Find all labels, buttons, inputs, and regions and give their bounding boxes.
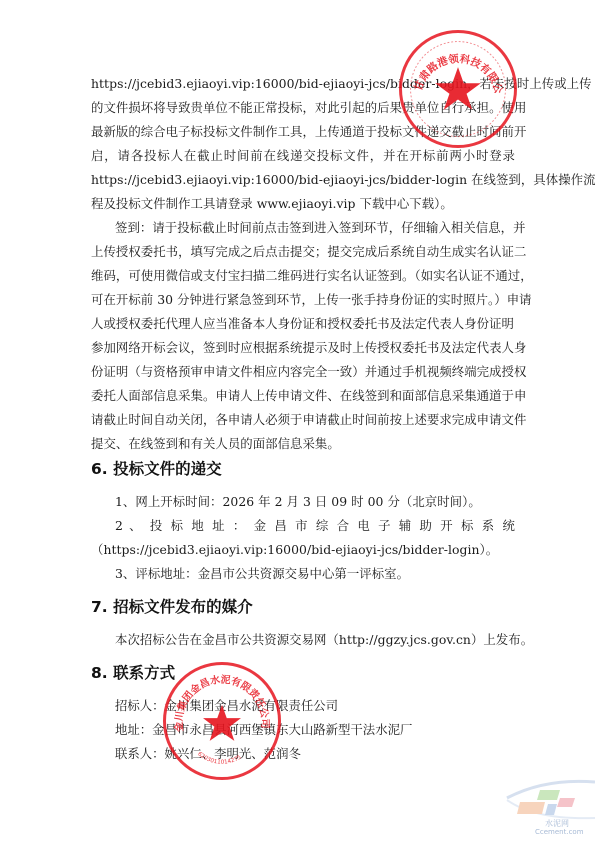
signin-paragraph-line: 提交、在线签到和有关人员的面部信息采集。 [91,436,515,452]
list-item: 1、网上开标时间：2026 年 2 月 3 日 09 时 00 分（北京时间）。 [115,494,515,510]
signin-paragraph-line: 可在开标前 30 分钟进行紧急签到环节，上传一张手持身份证的实时照片。）申请 [91,292,515,308]
signin-paragraph-line: 份证明（与资格预审申请文件相应内容完全一致）并通过手机视频终端完成授权 [91,364,515,380]
contacts-line: 联系人：姚兴仁、李明光、范润冬 [115,746,301,762]
paragraph-line: https://jcebid3.ejiaoyi.vip:16000/bid-ej… [91,172,515,188]
list-item: 2 、 投 标 地 址 ： 金 昌 市 综 合 电 子 辅 助 开 标 系 统 [115,518,515,534]
paragraph-line: 程及投标文件制作工具请登录 www.ejiaoyi.vip 下载中心下载）。 [91,196,515,212]
signin-paragraph-line: 签到：请于投标截止时间前点击签到进入签到环节，仔细输入相关信息，并 [115,220,515,236]
signin-paragraph-line: 人或授权委托代理人应当准备本人身份证和授权委托书及法定代表人身份证明 [91,316,515,332]
signin-paragraph-line: 委托人面部信息采集。申请人上传申请文件、在线签到和面部信息采集通道于申 [91,388,515,404]
document-page: https://jcebid3.ejiaoyi.vip:16000/bid-ej… [0,0,595,841]
watermark-en: Ccement.com [535,828,584,836]
paragraph-line: 最新版的综合电子标投标文件制作工具，上传通道于投标文件递交截止时间前开 [91,124,515,140]
list-item: 3、评标地址：金昌市公共资源交易中心第一评标室。 [115,566,515,582]
ccement-watermark: 水泥网 Ccement.com [505,770,595,841]
signin-paragraph-line: 上传授权委托书，填写完成之后点击提交；提交完成后系统自动生成实名认证二 [91,244,515,260]
company-seal-bottom: 金川集团金昌水泥有限责任公司 6203011014275 [163,662,281,780]
section-heading-8: 8. 联系方式 [91,663,175,683]
list-item-continuation: （https://jcebid3.ejiaoyi.vip:16000/bid-e… [91,542,515,558]
address-line: 地址：金昌市永昌县河西堡镇东大山路新型干法水泥厂 [115,722,412,738]
paragraph-line: 的文件损坏将导致贵单位不能正常投标，对此引起的后果贵单位自行承担。使用 [91,100,515,116]
section-heading-6: 6. 投标文件的递交 [91,459,222,479]
paragraph-line: 本次招标公告在金昌市公共资源交易网（http://ggzy.jcs.gov.cn… [115,632,515,648]
tenderer-line: 招标人：金川集团金昌水泥有限责任公司 [115,698,338,714]
paragraph-line: 启，请各投标人在截止时间前在线递交投标文件，并在开标前两小时登录 [91,148,515,164]
signin-paragraph-line: 请截止时间自动关闭，各申请人必须于申请截止时间前按上述要求完成申请文件 [91,412,515,428]
signin-paragraph-line: 参加网络开标会议，签到时应根据系统提示及时上传授权委托书及法定代表人身 [91,340,515,356]
signin-paragraph-line: 维码，可使用微信或支付宝扫描二维码进行实名认证签到。（如实名认证不通过， [91,268,515,284]
section-heading-7: 7. 招标文件发布的媒介 [91,597,253,617]
paragraph-line: https://jcebid3.ejiaoyi.vip:16000/bid-ej… [91,76,515,92]
